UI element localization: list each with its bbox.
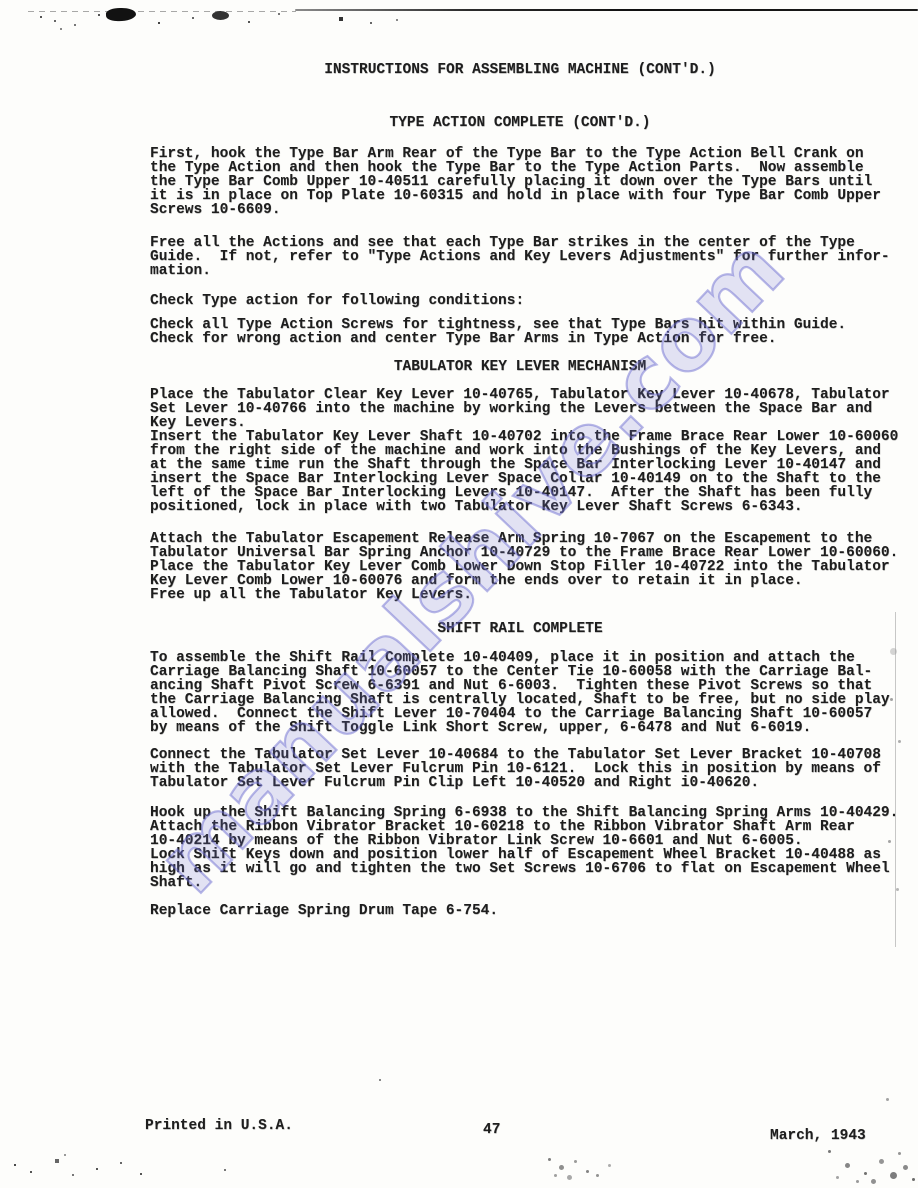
scan-artifact-speckles — [548, 1158, 551, 1161]
section-title-shift-rail-complete: SHIFT RAIL COMPLETE — [150, 622, 890, 636]
paragraph: Free all the Actions and see that each T… — [150, 236, 890, 278]
page-number: 47 — [483, 1122, 500, 1138]
paragraph: Hook up the Shift Balancing Spring 6-693… — [150, 806, 890, 890]
paragraph: Attach the Tabulator Escapement Release … — [150, 532, 890, 602]
scan-artifact-ink-blob — [212, 11, 229, 20]
document-page: manualshive.com INSTRUCTIONS FOR ASSEMBL… — [0, 0, 918, 1188]
paragraph: Check all Type Action Screws for tightne… — [150, 318, 890, 346]
scan-artifact-top-line-dark — [295, 9, 918, 11]
paragraph: Connect the Tabulator Set Lever 10-40684… — [150, 748, 890, 790]
paragraph: Replace Carriage Spring Drum Tape 6-754. — [150, 904, 890, 918]
scan-artifact-smudges — [890, 698, 893, 701]
section-title-type-action-complete: TYPE ACTION COMPLETE (CONT'D.) — [150, 116, 890, 130]
paragraph: Place the Tabulator Clear Key Lever 10-4… — [150, 388, 890, 430]
paragraph: First, hook the Type Bar Arm Rear of the… — [150, 147, 890, 217]
paragraph: Insert the Tabulator Key Lever Shaft 10-… — [150, 430, 890, 514]
section-title-tabulator-key-lever-mechanism: TABULATOR KEY LEVER MECHANISM — [150, 360, 890, 374]
page-title: INSTRUCTIONS FOR ASSEMBLING MACHINE (CON… — [150, 63, 890, 77]
scan-artifact-top-line-light — [28, 11, 296, 12]
scan-artifact-speckles — [40, 16, 42, 18]
paragraph: To assemble the Shift Rail Complete 10-4… — [150, 651, 890, 735]
scan-artifact-speckles — [14, 1164, 16, 1166]
paragraph: Check Type action for following conditio… — [150, 294, 890, 308]
scan-artifact-ink-blob — [106, 7, 137, 22]
footer-date: March, 1943 — [770, 1128, 866, 1144]
scan-artifact-right-edge-line — [895, 612, 896, 947]
footer-printed-in: Printed in U.S.A. — [145, 1118, 293, 1134]
scan-artifact-speckles — [828, 1150, 831, 1153]
